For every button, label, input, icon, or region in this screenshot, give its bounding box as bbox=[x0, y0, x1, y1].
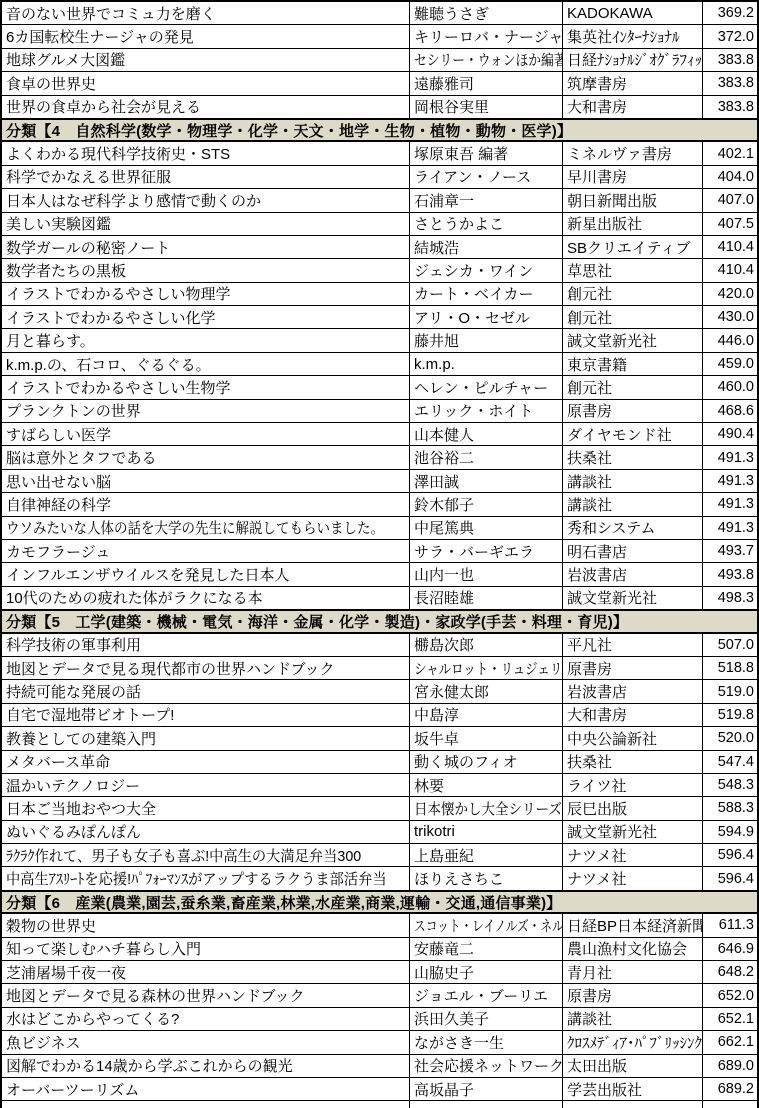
book-ndc-cell-text: 491.3 bbox=[718, 450, 754, 466]
book-title-cell: すばらしい医学 bbox=[2, 423, 410, 445]
book-author-cell: 坂牛卓 bbox=[410, 727, 563, 749]
book-title-cell-text: 芝浦屠場千夜一夜 bbox=[6, 962, 126, 983]
book-publisher-cell-text: ダイヤモンド社 bbox=[567, 424, 672, 445]
book-publisher-cell-text: 筑摩書房 bbox=[567, 73, 627, 94]
book-publisher-cell-text: 秀和システム bbox=[567, 517, 656, 538]
book-author-cell-text: シャルロット・リュジェリ編 bbox=[414, 658, 563, 679]
book-ndc-cell-text: 519.0 bbox=[718, 684, 754, 700]
book-title-cell-text: 地図とデータで見る森林の世界ハンドブック bbox=[6, 985, 305, 1006]
book-author-cell-text: 高坂晶子 bbox=[414, 1079, 474, 1100]
book-publisher-cell: ダイヤモンド社 bbox=[563, 423, 703, 445]
book-publisher-cell-text: 辰巳出版 bbox=[567, 798, 627, 819]
category-header-row: 分類【6 産業(農業,園芸,蚕糸業,畜産業,林業,水産業,商業,運輸・交通,通信… bbox=[2, 891, 757, 914]
book-title-cell-text: ウソみたいな人体の話を大学の先生に解説してもらいました。 bbox=[6, 517, 384, 538]
book-publisher-cell: 誠文堂新光社 bbox=[563, 587, 703, 609]
book-title-cell-text: 6カ国転校生ナージャの発見 bbox=[6, 26, 194, 47]
book-row: すばらしい医学山本健人ダイヤモンド社490.4 bbox=[2, 423, 757, 446]
book-ndc-cell-text: 689.2 bbox=[718, 1081, 754, 1097]
book-row: 10代のための疲れた体がラクになる本長沼睦雄誠文堂新光社498.3 bbox=[2, 587, 757, 610]
book-title-cell-text: イラストでわかるやさしい物理学 bbox=[6, 283, 231, 304]
book-publisher-cell: 岩波書店 bbox=[563, 680, 703, 702]
book-publisher-cell: 誠文堂新光社 bbox=[563, 821, 703, 843]
book-ndc-cell-text: 596.4 bbox=[718, 871, 754, 887]
book-publisher-cell: 青月社 bbox=[563, 961, 703, 983]
book-title-cell: 6カ国転校生ナージャの発見 bbox=[2, 25, 410, 47]
empty-cell bbox=[410, 1101, 563, 1108]
book-author-cell-text: 橳島次郎 bbox=[414, 634, 474, 655]
book-publisher-cell: 講談社 bbox=[563, 493, 703, 515]
category-header-label: 分類【5 工学(建築・機械・電気・海洋・金属・化学・製造)・家政学(手芸・料理・… bbox=[6, 611, 628, 632]
book-author-cell: 結城浩 bbox=[410, 236, 563, 258]
book-title-cell-text: 食卓の世界史 bbox=[6, 73, 96, 94]
book-author-cell-text: 安藤竜二 bbox=[414, 938, 474, 959]
book-ndc-cell-text: 547.4 bbox=[718, 754, 754, 770]
book-title-cell-text: 水はどこからやってくる? bbox=[6, 1008, 179, 1029]
book-ndc-cell-text: 468.6 bbox=[718, 403, 754, 419]
book-publisher-cell: 岩波書店 bbox=[563, 563, 703, 585]
book-ndc-cell-text: 519.8 bbox=[718, 707, 754, 723]
empty-cell bbox=[2, 1101, 410, 1108]
book-ndc-cell: 460.0 bbox=[703, 376, 757, 398]
book-ndc-cell-text: 493.7 bbox=[718, 543, 754, 559]
book-title-cell-text: 魚ビジネス bbox=[6, 1032, 81, 1053]
book-author-cell-text: 石浦章一 bbox=[414, 190, 474, 211]
book-ndc-cell-text: 383.8 bbox=[718, 75, 754, 91]
book-publisher-cell-text: 東京書籍 bbox=[567, 354, 627, 375]
book-ndc-cell-text: 410.4 bbox=[718, 239, 754, 255]
book-author-cell-text: 結城浩 bbox=[414, 237, 459, 258]
book-ndc-cell: 383.8 bbox=[703, 72, 757, 94]
book-author-cell-text: セシリー・ウォンほか編著 bbox=[414, 49, 563, 70]
book-row: 思い出せない脳澤田誠講談社491.3 bbox=[2, 470, 757, 493]
book-publisher-cell-text: 創元社 bbox=[567, 283, 612, 304]
book-title-cell-text: イラストでわかるやさしい化学 bbox=[6, 307, 216, 328]
book-ndc-cell: 548.3 bbox=[703, 774, 757, 796]
book-author-cell-text: 長沼睦雄 bbox=[414, 587, 474, 608]
book-publisher-cell-text: 青月社 bbox=[567, 962, 612, 983]
book-author-cell: 中島淳 bbox=[410, 704, 563, 726]
category-header-label: 分類【6 産業(農業,園芸,蚕糸業,畜産業,林業,水産業,商業,運輸・交通,通信… bbox=[6, 892, 561, 913]
book-row: イラストでわかるやさしい生物学ヘレン・ピルチャー創元社460.0 bbox=[2, 376, 757, 399]
book-row: 教養としての建築入門坂牛卓中央公論新社520.0 bbox=[2, 727, 757, 750]
book-row: 科学技術の軍事利用橳島次郎平凡社507.0 bbox=[2, 634, 757, 657]
book-ndc-cell: 507.0 bbox=[703, 634, 757, 656]
book-publisher-cell-text: 創元社 bbox=[567, 377, 612, 398]
book-ndc-cell-text: 372.0 bbox=[718, 29, 754, 45]
book-row: 魚ビジネスながさき一生ｸﾛｽﾒﾃﾞｨｱ･ﾊﾟﾌﾞﾘｯｼﾝｸﾞ662.1 bbox=[2, 1031, 757, 1054]
book-title-cell: 音のない世界でコミュ力を磨く bbox=[2, 2, 410, 24]
book-list-table: 音のない世界でコミュ力を磨く難聴うさぎKADOKAWA369.26カ国転校生ナー… bbox=[0, 0, 759, 1108]
book-publisher-cell: 原書房 bbox=[563, 984, 703, 1006]
book-title-cell-text: 思い出せない脳 bbox=[6, 471, 111, 492]
book-author-cell-text: 社会応援ネットワーク bbox=[414, 1055, 563, 1076]
empty-cell bbox=[563, 1101, 703, 1108]
book-author-cell: 上島亜紀 bbox=[410, 844, 563, 866]
book-author-cell-text: 動く城のフィオ bbox=[414, 751, 518, 772]
book-title-cell: 地球グルメ大図鑑 bbox=[2, 49, 410, 71]
book-row: 食卓の世界史遠藤雅司筑摩書房383.8 bbox=[2, 72, 757, 95]
book-title-cell: 脳は意外とタフである bbox=[2, 446, 410, 468]
book-title-cell-text: 教養としての建築入門 bbox=[6, 728, 156, 749]
book-author-cell: 日本懐かし大全シリーズ bbox=[410, 797, 563, 819]
book-publisher-cell: 日経BP日本経済新聞 bbox=[563, 914, 703, 936]
book-author-cell: 山本健人 bbox=[410, 423, 563, 445]
book-author-cell: 橳島次郎 bbox=[410, 634, 563, 656]
book-author-cell-text: 藤井旭 bbox=[414, 330, 459, 351]
book-title-cell-text: 自宅で湿地帯ビオトープ! bbox=[6, 704, 174, 725]
book-author-cell: セシリー・ウォンほか編著 bbox=[410, 49, 563, 71]
book-author-cell: ジェシカ・ワイン bbox=[410, 259, 563, 281]
book-title-cell: 図解でわかる14歳から学ぶこれからの観光 bbox=[2, 1055, 410, 1077]
book-ndc-cell: 459.0 bbox=[703, 353, 757, 375]
book-author-cell: 長沼睦雄 bbox=[410, 587, 563, 609]
book-title-cell-text: よくわかる現代科学技術史・STS bbox=[6, 143, 230, 164]
book-ndc-cell: 652.0 bbox=[703, 984, 757, 1006]
book-ndc-cell: 407.5 bbox=[703, 213, 757, 235]
book-author-cell-text: 山脇史子 bbox=[414, 962, 474, 983]
book-publisher-cell: 筑摩書房 bbox=[563, 72, 703, 94]
book-author-cell: 池谷裕二 bbox=[410, 446, 563, 468]
book-author-cell-text: スコット・レイノルズ・ネル bbox=[414, 915, 563, 936]
book-ndc-cell: 491.3 bbox=[703, 470, 757, 492]
book-ndc-cell: 383.8 bbox=[703, 96, 757, 118]
book-title-cell-text: 自律神経の科学 bbox=[6, 494, 111, 515]
book-ndc-cell: 402.1 bbox=[703, 142, 757, 164]
book-publisher-cell: ミネルヴァ書房 bbox=[563, 142, 703, 164]
book-row: 地球グルメ大図鑑セシリー・ウォンほか編著日経ﾅｼｮﾅﾙｼﾞｵｸﾞﾗﾌｨｯｸ383… bbox=[2, 49, 757, 72]
book-title-cell: 世界の食卓から社会が見える bbox=[2, 96, 410, 118]
book-ndc-cell: 519.8 bbox=[703, 704, 757, 726]
book-publisher-cell-text: 日経ﾅｼｮﾅﾙｼﾞｵｸﾞﾗﾌｨｯｸ bbox=[567, 49, 703, 70]
book-row: 科学でかなえる世界征服ライアン・ノース早川書房404.0 bbox=[2, 166, 757, 189]
book-ndc-cell-text: 493.8 bbox=[718, 567, 754, 583]
book-title-cell-text: ﾗｸﾗｸ作れて、男子も女子も喜ぶ!中高生の大満足弁当300 bbox=[6, 845, 361, 866]
book-ndc-cell: 446.0 bbox=[703, 329, 757, 351]
book-ndc-cell: 498.3 bbox=[703, 587, 757, 609]
book-publisher-cell-text: ミネルヴァ書房 bbox=[567, 143, 672, 164]
book-author-cell-text: キリーロバ・ナージャ bbox=[414, 26, 563, 47]
book-publisher-cell-text: 扶桑社 bbox=[567, 447, 612, 468]
book-title-cell: 10代のための疲れた体がラクになる本 bbox=[2, 587, 410, 609]
book-author-cell: ながさき一生 bbox=[410, 1031, 563, 1053]
book-author-cell-text: 日本懐かし大全シリーズ bbox=[414, 798, 562, 819]
partial-next-row bbox=[2, 1101, 757, 1108]
book-row: 月と暮らす。藤井旭誠文堂新光社446.0 bbox=[2, 329, 757, 352]
book-title-cell-text: 世界の食卓から社会が見える bbox=[6, 96, 201, 117]
book-ndc-cell: 611.3 bbox=[703, 914, 757, 936]
category-header-row: 分類【5 工学(建築・機械・電気・海洋・金属・化学・製造)・家政学(手芸・料理・… bbox=[2, 610, 757, 633]
book-author-cell: 塚原東吾 編著 bbox=[410, 142, 563, 164]
book-author-cell-text: 池谷裕二 bbox=[414, 447, 474, 468]
book-publisher-cell-text: 朝日新聞出版 bbox=[567, 190, 657, 211]
book-row: イラストでわかるやさしい化学アリ・O・セゼル創元社430.0 bbox=[2, 306, 757, 329]
book-title-cell: よくわかる現代科学技術史・STS bbox=[2, 142, 410, 164]
book-title-cell: イラストでわかるやさしい生物学 bbox=[2, 376, 410, 398]
book-title-cell-text: 図解でわかる14歳から学ぶこれからの観光 bbox=[6, 1055, 293, 1076]
book-publisher-cell-text: 平凡社 bbox=[567, 634, 612, 655]
book-author-cell-text: カート・ベイカー bbox=[414, 283, 534, 304]
book-title-cell: 温かいテクノロジー bbox=[2, 774, 410, 796]
book-ndc-cell: 430.0 bbox=[703, 306, 757, 328]
book-row: 温かいテクノロジー林要ライツ社548.3 bbox=[2, 774, 757, 797]
book-author-cell-text: エリック・ホイト bbox=[414, 400, 533, 421]
book-author-cell-text: 塚原東吾 編著 bbox=[414, 143, 508, 164]
book-ndc-cell: 547.4 bbox=[703, 751, 757, 773]
book-ndc-cell: 662.1 bbox=[703, 1031, 757, 1053]
book-ndc-cell-text: 420.0 bbox=[718, 286, 754, 302]
book-title-cell-text: k.m.p.の、石コロ、ぐるぐる。 bbox=[6, 354, 211, 375]
book-ndc-cell: 518.8 bbox=[703, 657, 757, 679]
book-publisher-cell: ｸﾛｽﾒﾃﾞｨｱ･ﾊﾟﾌﾞﾘｯｼﾝｸﾞ bbox=[563, 1031, 703, 1053]
book-title-cell: 教養としての建築入門 bbox=[2, 727, 410, 749]
book-publisher-cell: 秀和システム bbox=[563, 517, 703, 539]
book-row: 自宅で湿地帯ビオトープ!中島淳大和書房519.8 bbox=[2, 704, 757, 727]
book-title-cell-text: 月と暮らす。 bbox=[6, 330, 95, 351]
book-author-cell-text: ほりえさちこ bbox=[414, 868, 504, 889]
book-title-cell-text: プランクトンの世界 bbox=[6, 400, 141, 421]
book-publisher-cell: 新星出版社 bbox=[563, 213, 703, 235]
book-title-cell: 数学ガールの秘密ノート bbox=[2, 236, 410, 258]
book-author-cell-text: ジョエル・ブーリエ bbox=[414, 985, 548, 1006]
book-publisher-cell: 朝日新聞出版 bbox=[563, 189, 703, 211]
book-row: 日本ご当地おやつ大全日本懐かし大全シリーズ辰巳出版588.3 bbox=[2, 797, 757, 820]
book-author-cell-text: さとうかよこ bbox=[414, 213, 504, 234]
book-title-cell-text: 科学でかなえる世界征服 bbox=[6, 166, 171, 187]
book-ndc-cell: 648.2 bbox=[703, 961, 757, 983]
book-publisher-cell: SBクリエイティブ bbox=[563, 236, 703, 258]
empty-cell bbox=[703, 1101, 757, 1108]
book-title-cell-text: 数学者たちの黒板 bbox=[6, 260, 126, 281]
book-title-cell-text: 知って楽しむハチ暮らし入門 bbox=[6, 938, 201, 959]
book-ndc-cell-text: 518.8 bbox=[718, 660, 754, 676]
book-row: プランクトンの世界エリック・ホイト原書房468.6 bbox=[2, 400, 757, 423]
book-title-cell-text: 美しい実験図鑑 bbox=[6, 213, 111, 234]
book-ndc-cell: 490.4 bbox=[703, 423, 757, 445]
book-author-cell: ヘレン・ピルチャー bbox=[410, 376, 563, 398]
book-title-cell: 日本ご当地おやつ大全 bbox=[2, 797, 410, 819]
book-author-cell: エリック・ホイト bbox=[410, 400, 563, 422]
book-ndc-cell-text: 369.2 bbox=[718, 5, 754, 21]
book-title-cell: 地図とデータで見る森林の世界ハンドブック bbox=[2, 984, 410, 1006]
book-ndc-cell-text: 410.4 bbox=[718, 262, 754, 278]
book-title-cell: メタバース革命 bbox=[2, 751, 410, 773]
book-publisher-cell-text: 早川書房 bbox=[567, 166, 627, 187]
book-row: 脳は意外とタフである池谷裕二扶桑社491.3 bbox=[2, 446, 757, 469]
book-ndc-cell: 404.0 bbox=[703, 166, 757, 188]
book-row: 地図とデータで見る森林の世界ハンドブックジョエル・ブーリエ原書房652.0 bbox=[2, 984, 757, 1007]
book-publisher-cell-text: 草思社 bbox=[567, 260, 612, 281]
book-author-cell-text: ライアン・ノース bbox=[414, 166, 531, 187]
book-row: 知って楽しむハチ暮らし入門安藤竜二農山漁村文化協会646.9 bbox=[2, 938, 757, 961]
book-author-cell: 林要 bbox=[410, 774, 563, 796]
book-ndc-cell-text: 404.0 bbox=[718, 169, 754, 185]
book-row: 穀物の世界史スコット・レイノルズ・ネル日経BP日本経済新聞611.3 bbox=[2, 914, 757, 937]
book-author-cell-text: 林要 bbox=[414, 775, 444, 796]
book-row: ﾗｸﾗｸ作れて、男子も女子も喜ぶ!中高生の大満足弁当300上島亜紀ナツメ社596… bbox=[2, 844, 757, 867]
book-publisher-cell: 辰巳出版 bbox=[563, 797, 703, 819]
book-title-cell: ぬいぐるみぽんぽん bbox=[2, 821, 410, 843]
book-author-cell: 高坂晶子 bbox=[410, 1078, 563, 1100]
book-ndc-cell-text: 383.8 bbox=[718, 52, 754, 68]
book-ndc-cell: 407.0 bbox=[703, 189, 757, 211]
book-ndc-cell: 596.4 bbox=[703, 844, 757, 866]
book-title-cell: 魚ビジネス bbox=[2, 1031, 410, 1053]
book-ndc-cell: 652.1 bbox=[703, 1008, 757, 1030]
book-title-cell: オーバーツーリズム bbox=[2, 1078, 410, 1100]
book-ndc-cell-text: 520.0 bbox=[718, 730, 754, 746]
book-publisher-cell: 創元社 bbox=[563, 376, 703, 398]
book-author-cell: カート・ベイカー bbox=[410, 283, 563, 305]
book-publisher-cell-text: 講談社 bbox=[567, 494, 612, 515]
book-publisher-cell: KADOKAWA bbox=[563, 2, 703, 24]
book-ndc-cell-text: 611.3 bbox=[719, 917, 754, 933]
book-ndc-cell-text: 507.0 bbox=[718, 637, 754, 653]
book-author-cell: 石浦章一 bbox=[410, 189, 563, 211]
book-publisher-cell: 講談社 bbox=[563, 1008, 703, 1030]
book-publisher-cell: 草思社 bbox=[563, 259, 703, 281]
book-row: 芝浦屠場千夜一夜山脇史子青月社648.2 bbox=[2, 961, 757, 984]
book-ndc-cell: 493.8 bbox=[703, 563, 757, 585]
book-author-cell-text: 中尾篤典 bbox=[414, 517, 474, 538]
book-title-cell: 数学者たちの黒板 bbox=[2, 259, 410, 281]
book-ndc-cell: 372.0 bbox=[703, 25, 757, 47]
book-publisher-cell: 平凡社 bbox=[563, 634, 703, 656]
book-title-cell-text: メタバース革命 bbox=[6, 751, 110, 772]
book-publisher-cell: 中央公論新社 bbox=[563, 727, 703, 749]
book-author-cell: シャルロット・リュジェリ編 bbox=[410, 657, 563, 679]
book-publisher-cell: 早川書房 bbox=[563, 166, 703, 188]
book-publisher-cell-text: 誠文堂新光社 bbox=[567, 330, 657, 351]
book-ndc-cell: 520.0 bbox=[703, 727, 757, 749]
book-row: 数学者たちの黒板ジェシカ・ワイン草思社410.4 bbox=[2, 259, 757, 282]
book-publisher-cell: 講談社 bbox=[563, 470, 703, 492]
book-row: 持続可能な発展の話宮永健太郎岩波書店519.0 bbox=[2, 680, 757, 703]
book-author-cell-text: 難聴うさぎ bbox=[414, 3, 489, 24]
book-publisher-cell-text: 太田出版 bbox=[567, 1055, 627, 1076]
book-ndc-cell: 491.3 bbox=[703, 517, 757, 539]
book-ndc-cell: 493.7 bbox=[703, 540, 757, 562]
book-publisher-cell: 原書房 bbox=[563, 657, 703, 679]
book-publisher-cell: 扶桑社 bbox=[563, 446, 703, 468]
book-title-cell: イラストでわかるやさしい化学 bbox=[2, 306, 410, 328]
book-title-cell: ウソみたいな人体の話を大学の先生に解説してもらいました。 bbox=[2, 517, 410, 539]
book-ndc-cell-text: 407.5 bbox=[718, 216, 754, 232]
book-publisher-cell-text: 原書房 bbox=[567, 985, 612, 1006]
book-ndc-cell-text: 491.3 bbox=[718, 473, 754, 489]
book-title-cell: 科学技術の軍事利用 bbox=[2, 634, 410, 656]
book-author-cell: 宮永健太郎 bbox=[410, 680, 563, 702]
book-ndc-cell: 689.0 bbox=[703, 1055, 757, 1077]
book-publisher-cell: 創元社 bbox=[563, 306, 703, 328]
book-title-cell: 自宅で湿地帯ビオトープ! bbox=[2, 704, 410, 726]
book-publisher-cell: 創元社 bbox=[563, 283, 703, 305]
book-ndc-cell-text: 648.2 bbox=[718, 964, 754, 980]
book-publisher-cell: 日経ﾅｼｮﾅﾙｼﾞｵｸﾞﾗﾌｨｯｸ bbox=[563, 49, 703, 71]
book-title-cell: 芝浦屠場千夜一夜 bbox=[2, 961, 410, 983]
book-publisher-cell-text: 誠文堂新光社 bbox=[567, 587, 657, 608]
book-ndc-cell: 383.8 bbox=[703, 49, 757, 71]
book-publisher-cell: 扶桑社 bbox=[563, 751, 703, 773]
book-author-cell-text: 上島亜紀 bbox=[414, 845, 474, 866]
book-author-cell-text: 鈴木郁子 bbox=[414, 494, 474, 515]
book-publisher-cell-text: 講談社 bbox=[567, 471, 612, 492]
book-ndc-cell-text: 460.0 bbox=[718, 379, 754, 395]
book-author-cell: 鈴木郁子 bbox=[410, 493, 563, 515]
book-title-cell: ﾗｸﾗｸ作れて、男子も女子も喜ぶ!中高生の大満足弁当300 bbox=[2, 844, 410, 866]
book-ndc-cell-text: 662.1 bbox=[718, 1034, 754, 1050]
book-author-cell-text: 澤田誠 bbox=[414, 471, 459, 492]
book-title-cell-text: 日本ご当地おやつ大全 bbox=[6, 798, 156, 819]
book-title-cell: カモフラージュ bbox=[2, 540, 410, 562]
book-row: 美しい実験図鑑さとうかよこ新星出版社407.5 bbox=[2, 213, 757, 236]
book-ndc-cell: 369.2 bbox=[703, 2, 757, 24]
book-title-cell: k.m.p.の、石コロ、ぐるぐる。 bbox=[2, 353, 410, 375]
book-author-cell: 山内一也 bbox=[410, 563, 563, 585]
book-row: 中高生ｱｽﾘｰﾄを応援!ﾊﾟﾌｫｰﾏﾝｽがアップするラクうま部活弁当ほりえさちこ… bbox=[2, 867, 757, 890]
book-ndc-cell-text: 498.3 bbox=[718, 590, 754, 606]
book-row: 自律神経の科学鈴木郁子講談社491.3 bbox=[2, 493, 757, 516]
book-publisher-cell-text: SBクリエイティブ bbox=[567, 237, 691, 258]
book-title-cell: 穀物の世界史 bbox=[2, 914, 410, 936]
book-publisher-cell-text: KADOKAWA bbox=[567, 5, 653, 22]
book-row: メタバース革命動く城のフィオ扶桑社547.4 bbox=[2, 751, 757, 774]
book-ndc-cell-text: 446.0 bbox=[718, 333, 754, 349]
book-publisher-cell-text: 日経BP日本経済新聞 bbox=[567, 915, 703, 936]
book-publisher-cell-text: 岩波書店 bbox=[567, 681, 627, 702]
book-publisher-cell: 学芸出版社 bbox=[563, 1078, 703, 1100]
book-title-cell: 日本人はなぜ科学より感情で動くのか bbox=[2, 189, 410, 211]
book-author-cell-text: ジェシカ・ワイン bbox=[414, 260, 533, 281]
book-ndc-cell-text: 689.0 bbox=[718, 1058, 754, 1074]
book-row: 水はどこからやってくる?浜田久美子講談社652.1 bbox=[2, 1008, 757, 1031]
book-publisher-cell: 誠文堂新光社 bbox=[563, 329, 703, 351]
book-ndc-cell-text: 430.0 bbox=[718, 309, 754, 325]
book-publisher-cell: 明石書店 bbox=[563, 540, 703, 562]
book-row: ぬいぐるみぽんぽんtrikotri誠文堂新光社594.9 bbox=[2, 821, 757, 844]
book-row: カモフラージュサラ・バーギエラ明石書店493.7 bbox=[2, 540, 757, 563]
book-title-cell-text: オーバーツーリズム bbox=[6, 1079, 139, 1100]
book-ndc-cell: 491.3 bbox=[703, 446, 757, 468]
book-title-cell-text: 科学技術の軍事利用 bbox=[6, 634, 141, 655]
book-publisher-cell: ナツメ社 bbox=[563, 867, 703, 889]
book-publisher-cell-text: ナツメ社 bbox=[567, 845, 627, 866]
book-row: 地図とデータで見る現代都市の世界ハンドブックシャルロット・リュジェリ編原書房51… bbox=[2, 657, 757, 680]
book-ndc-cell-text: 652.1 bbox=[718, 1011, 754, 1027]
book-title-cell-text: 地図とデータで見る現代都市の世界ハンドブック bbox=[6, 658, 335, 679]
book-author-cell-text: 岡根谷実里 bbox=[414, 96, 489, 117]
category-header-label: 分類【4 自然科学(数学・物理学・化学・天文・地学・生物・植物・動物・医学)】 bbox=[6, 120, 572, 141]
book-author-cell: さとうかよこ bbox=[410, 213, 563, 235]
book-ndc-cell: 410.4 bbox=[703, 236, 757, 258]
book-title-cell: インフルエンザウイルスを発見した日本人 bbox=[2, 563, 410, 585]
book-author-cell: アリ・O・セゼル bbox=[410, 306, 563, 328]
book-publisher-cell: 大和書房 bbox=[563, 96, 703, 118]
book-author-cell: ほりえさちこ bbox=[410, 867, 563, 889]
book-title-cell-text: インフルエンザウイルスを発見した日本人 bbox=[6, 564, 290, 585]
book-ndc-cell: 596.4 bbox=[703, 867, 757, 889]
book-publisher-cell-text: 集英社ｲﾝﾀｰﾅｼｮﾅﾙ bbox=[567, 26, 680, 47]
book-publisher-cell-text: 明石書店 bbox=[567, 541, 627, 562]
book-ndc-cell: 646.9 bbox=[703, 938, 757, 960]
book-author-cell: 難聴うさぎ bbox=[410, 2, 563, 24]
book-ndc-cell-text: 594.9 bbox=[718, 824, 754, 840]
book-row: 音のない世界でコミュ力を磨く難聴うさぎKADOKAWA369.2 bbox=[2, 2, 757, 25]
category-header-row: 分類【4 自然科学(数学・物理学・化学・天文・地学・生物・植物・動物・医学)】 bbox=[2, 119, 757, 142]
book-author-cell: trikotri bbox=[410, 821, 563, 843]
book-author-cell: 安藤竜二 bbox=[410, 938, 563, 960]
book-author-cell: 社会応援ネットワーク bbox=[410, 1055, 563, 1077]
book-author-cell-text: 中島淳 bbox=[414, 704, 459, 725]
